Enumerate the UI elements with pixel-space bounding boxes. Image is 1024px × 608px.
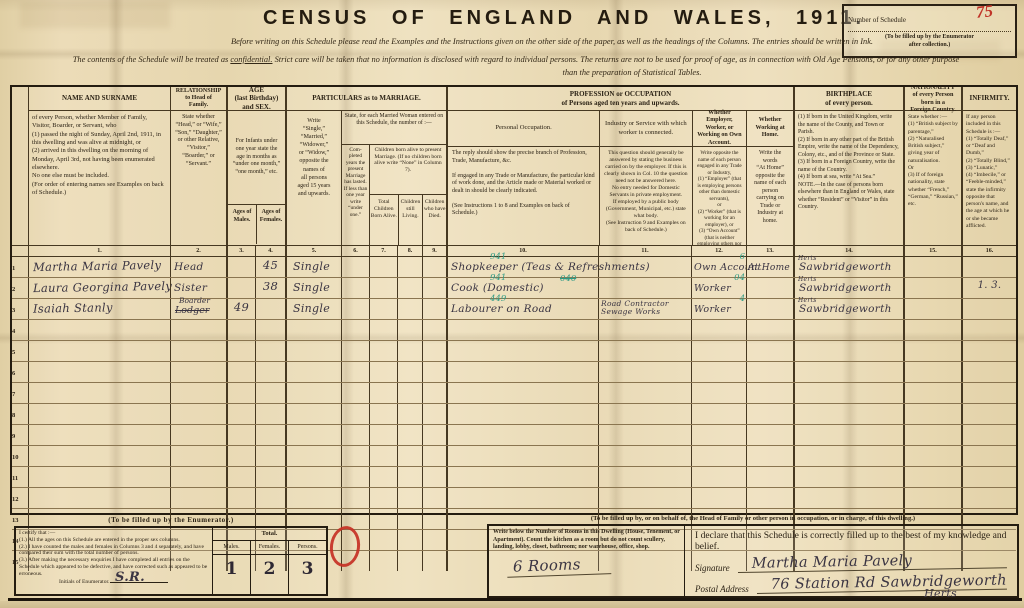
enumerator-section: (To be filled up by the Enumerator.) I c… — [14, 516, 328, 596]
cell-name — [28, 404, 170, 424]
table-row: 1Martha Maria PavelyHead45SingleShopkeep… — [12, 257, 1016, 278]
cell-nationality — [903, 257, 961, 277]
cell-relationship — [170, 383, 226, 403]
col-personal-desc: The reply should show the precise branch… — [448, 147, 599, 221]
cell-marriage — [285, 446, 341, 466]
cell-children-total — [369, 299, 397, 319]
col-children-died: Children who have Died. — [422, 195, 446, 245]
cell-age-males — [226, 446, 255, 466]
cell-age-males — [226, 341, 255, 361]
cell-children-living — [397, 320, 422, 340]
cell-age-females — [255, 341, 285, 361]
cell-infirmity — [961, 320, 1016, 340]
table-row: 9 — [12, 425, 1016, 446]
cell-children-living — [397, 257, 422, 277]
cell-name: Isaiah Stanly — [28, 299, 170, 319]
column-number: 2. — [170, 246, 226, 256]
cell-at-home: At Home — [746, 257, 793, 277]
cell-children-died — [422, 446, 446, 466]
col-personal-title: Personal Occupation. — [448, 111, 599, 147]
cell-at-home — [746, 404, 793, 424]
cell-occupation — [446, 320, 598, 340]
cell-employment: Worker04 — [691, 278, 746, 298]
initials-line: Initials of Enumerator. S.R. — [19, 579, 209, 586]
column-number: 6. — [341, 246, 369, 256]
cell-infirmity — [961, 446, 1016, 466]
cell-marriage — [285, 320, 341, 340]
cell-employment: Worker4 — [691, 299, 746, 319]
cell-children-died — [422, 404, 446, 424]
cell-occupation — [446, 383, 598, 403]
cell-marriage — [285, 488, 341, 508]
totals-females-value: 2 — [251, 555, 288, 594]
col-infirmity-title: INFIRMITY. — [963, 87, 1016, 111]
col-marriage-years: Com- pleted years the present Marriage h… — [342, 145, 369, 245]
column-number: 8. — [397, 246, 422, 256]
cell-name — [28, 446, 170, 466]
cell-infirmity — [961, 362, 1016, 382]
column-number: 10. — [446, 246, 598, 256]
householder-heading: (To be filled up by, or on behalf of, th… — [487, 515, 1019, 522]
cell-nationality — [903, 320, 961, 340]
totals-persons-value: 3 — [289, 555, 326, 594]
cell-children-died — [422, 383, 446, 403]
cell-industry — [598, 404, 691, 424]
cell-at-home — [746, 320, 793, 340]
col-industry-title: Industry or Service with which worker is… — [600, 111, 691, 147]
schedule-number-box: Number of Schedule75 (To be filled up by… — [842, 4, 1017, 58]
signature-value: Martha Maria Pavely — [737, 551, 1007, 573]
census-schedule-sheet: CENSUS OF ENGLAND AND WALES, 1911. Numbe… — [0, 0, 1024, 608]
cell-infirmity — [961, 404, 1016, 424]
cell-children-died — [422, 530, 446, 550]
signature-row: Signature Martha Maria Pavely — [695, 556, 1007, 573]
address-label: Postal Address — [695, 584, 757, 594]
cell-age-females — [255, 299, 285, 319]
table-row: 6 — [12, 362, 1016, 383]
col-nationality-desc: State whether :— (1) “British subject by… — [905, 111, 961, 211]
col-header-marriage: PARTICULARS as to MARRIAGE. Write “Singl… — [285, 87, 446, 245]
rooms-note: Write below the Number of Rooms in this … — [493, 529, 680, 552]
certify-block: I certify that :— (1.) All the ages on t… — [16, 528, 212, 594]
cell-children-total — [369, 278, 397, 298]
enumerator-box: I certify that :— (1.) All the ages on t… — [14, 526, 328, 596]
cell-nationality — [903, 446, 961, 466]
cell-children-living — [397, 383, 422, 403]
cell-children-died — [422, 488, 446, 508]
row-number: 1 — [12, 257, 28, 277]
cell-birthplace: HertsSawbridgeworth — [793, 257, 903, 277]
cell-industry — [598, 488, 691, 508]
cell-employment — [691, 383, 746, 403]
cell-birthplace: HertsSawbridgeworth — [793, 299, 903, 319]
cell-children-died — [422, 425, 446, 445]
cell-children-total — [369, 467, 397, 487]
col-industry: Industry or Service with which worker is… — [599, 111, 691, 245]
cell-age-females — [255, 383, 285, 403]
initials-label: Initials of Enumerator. — [59, 579, 110, 585]
totals-heading: Total. — [213, 528, 326, 541]
declaration-text: I declare that this Schedule is correctl… — [695, 530, 1007, 552]
cell-name — [28, 341, 170, 361]
col-employer: Whether Employer, Worker, or Working on … — [692, 111, 747, 245]
col-children-living: Children still Living. — [398, 195, 423, 245]
cell-nationality — [903, 278, 961, 298]
cell-children-living — [397, 362, 422, 382]
cell-age-females: 38 — [255, 278, 285, 298]
cell-age-males — [226, 278, 255, 298]
cell-name — [28, 467, 170, 487]
cell-marriage: Single — [285, 278, 341, 298]
cell-nationality — [903, 362, 961, 382]
cell-occupation — [446, 488, 598, 508]
cell-children-total — [369, 488, 397, 508]
cell-age-males — [226, 362, 255, 382]
cell-employment — [691, 425, 746, 445]
column-number: 7. — [369, 246, 397, 256]
cell-relationship — [170, 488, 226, 508]
col-birthplace-desc: (1) If born in the United Kingdom, write… — [795, 111, 903, 215]
cell-children-living — [397, 509, 422, 529]
cell-name — [28, 425, 170, 445]
totals-females-label: Females. — [251, 541, 288, 555]
cell-name — [28, 488, 170, 508]
cell-children-total — [369, 383, 397, 403]
intro-line-1: Before writing on this Schedule please r… — [40, 37, 1024, 46]
cell-birthplace: HertsSawbridgeworth — [793, 278, 903, 298]
schedule-number-value: 75 — [975, 1, 994, 23]
cell-marriage-years — [341, 425, 369, 445]
cell-at-home — [746, 488, 793, 508]
cell-children-total — [369, 509, 397, 529]
cell-occupation — [446, 404, 598, 424]
table-row: 11 — [12, 467, 1016, 488]
householder-section: (To be filled up by, or on behalf of, th… — [487, 515, 1019, 598]
col-employer-title: Whether Employer, Worker, or Working on … — [693, 111, 747, 147]
cell-relationship — [170, 341, 226, 361]
col-marriage-right: State, for each Married Woman entered on… — [341, 111, 446, 245]
col-marriage-title: PARTICULARS as to MARRIAGE. — [287, 87, 446, 111]
table-row: 10 — [12, 446, 1016, 467]
cell-children-died — [422, 299, 446, 319]
cell-children-living — [397, 425, 422, 445]
cell-marriage-years — [341, 446, 369, 466]
intro-confidential: confidential. — [230, 55, 272, 64]
cell-industry — [598, 278, 691, 298]
cell-children-total — [369, 404, 397, 424]
cell-employment — [691, 404, 746, 424]
table-row: 3Isaiah StanlyBoarderLodger49SingleLabou… — [12, 299, 1016, 320]
cell-age-females: 45 — [255, 257, 285, 277]
col-occupation-body: Personal Occupation. The reply should sh… — [448, 111, 793, 245]
cell-infirmity — [961, 488, 1016, 508]
col-at-home-title: Whether Working at Home. — [747, 111, 793, 147]
cell-birthplace — [793, 488, 903, 508]
cell-infirmity: 1. 3. — [961, 278, 1016, 298]
col-age-males-label: Ages of Males. — [228, 205, 256, 244]
cell-employment — [691, 446, 746, 466]
cell-occupation: Cook (Domestic)941040 — [446, 278, 598, 298]
cell-age-males — [226, 383, 255, 403]
cell-children-living — [397, 278, 422, 298]
cell-birthplace — [793, 341, 903, 361]
cell-at-home — [746, 278, 793, 298]
cell-marriage-years — [341, 362, 369, 382]
column-number: 15. — [903, 246, 961, 256]
column-number: 9. — [422, 246, 446, 256]
cell-age-males — [226, 257, 255, 277]
cell-industry — [598, 425, 691, 445]
cell-employment — [691, 467, 746, 487]
column-number: 4. — [255, 246, 285, 256]
cell-children-living — [397, 488, 422, 508]
col-header-name: NAME AND SURNAME of every Person, whethe… — [28, 87, 170, 245]
cell-children-total — [369, 551, 397, 571]
cell-occupation — [446, 467, 598, 487]
rooms-value: 6 Rooms — [507, 554, 611, 578]
row-number: 12 — [12, 488, 28, 508]
cell-children-total — [369, 530, 397, 550]
cell-name — [28, 383, 170, 403]
cell-nationality — [903, 467, 961, 487]
col-relationship-title: RELATIONSHIP to Head of Family. — [171, 87, 226, 111]
col-header-nationality: NATIONALITY of every Person born in a Fo… — [903, 87, 961, 245]
cell-children-died — [422, 509, 446, 529]
cell-birthplace — [793, 425, 903, 445]
col-industry-desc: This question should generally be answer… — [600, 147, 691, 237]
cell-industry — [598, 362, 691, 382]
cell-employment — [691, 320, 746, 340]
cell-children-total — [369, 257, 397, 277]
totals-persons-label: Persons. — [289, 541, 326, 555]
cell-marriage — [285, 404, 341, 424]
cell-relationship — [170, 467, 226, 487]
cell-infirmity — [961, 383, 1016, 403]
cell-marriage-years — [341, 467, 369, 487]
table-row: 12 — [12, 488, 1016, 509]
cell-birthplace — [793, 320, 903, 340]
cell-age-males: 49 — [226, 299, 255, 319]
col-header-relationship: RELATIONSHIP to Head of Family. State wh… — [170, 87, 226, 245]
cell-marriage — [285, 341, 341, 361]
cell-relationship: Sister — [170, 278, 226, 298]
cell-at-home — [746, 446, 793, 466]
cell-birthplace — [793, 446, 903, 466]
cell-marriage — [285, 467, 341, 487]
column-number: 3. — [226, 246, 255, 256]
cell-at-home — [746, 425, 793, 445]
cell-marriage-years — [341, 257, 369, 277]
cell-employment — [691, 341, 746, 361]
cell-children-died — [422, 551, 446, 571]
cell-industry — [598, 383, 691, 403]
row-number: 11 — [12, 467, 28, 487]
row-number: 4 — [12, 320, 28, 340]
cell-occupation — [446, 425, 598, 445]
intro-line-2-post: Strict care will be taken that no inform… — [272, 55, 959, 64]
cell-children-total — [369, 446, 397, 466]
intro-line-3: than the preparation of Statistical Tabl… — [120, 68, 1024, 77]
intro-line-2-pre: The contents of the Schedule will be tre… — [73, 55, 231, 64]
cell-marriage-years — [341, 383, 369, 403]
col-header-age: AGE (last Birthday) and SEX. For Infants… — [226, 87, 285, 245]
cell-children-died — [422, 467, 446, 487]
column-number: 16. — [961, 246, 1016, 256]
cell-children-total — [369, 320, 397, 340]
cell-nationality — [903, 383, 961, 403]
cell-relationship — [170, 425, 226, 445]
col-marriage-body: Write “Single,” “Married,” “Widower,” or… — [287, 111, 446, 245]
cell-age-males — [226, 467, 255, 487]
cell-age-females — [255, 446, 285, 466]
col-nationality-title: NATIONALITY of every Person born in a Fo… — [905, 87, 961, 111]
cell-marriage: Single — [285, 257, 341, 277]
totals-persons: Persons. 3 — [288, 541, 326, 594]
totals-columns: Males. 1 Females. 2 Persons. 3 — [213, 541, 326, 594]
cell-age-females — [255, 362, 285, 382]
col-age-females-label: Ages of Females. — [256, 205, 285, 244]
col-age-title: AGE (last Birthday) and SEX. — [228, 87, 285, 111]
cell-infirmity — [961, 467, 1016, 487]
cell-age-males — [226, 320, 255, 340]
intro-line-2: The contents of the Schedule will be tre… — [12, 55, 1020, 64]
signature-label: Signature — [695, 563, 738, 573]
cell-occupation: Labourer on Road449 — [446, 299, 598, 319]
cell-name — [28, 362, 170, 382]
cell-children-total — [369, 362, 397, 382]
totals-males-value: 1 — [213, 555, 250, 594]
col-employer-desc: Write opposite the name of each person e… — [693, 147, 747, 245]
enumerator-initials-value: S.R. — [115, 570, 145, 586]
address-row: Postal Address 76 Station Rd Sawbridgewo… — [695, 577, 1007, 594]
row-number: 6 — [12, 362, 28, 382]
cell-children-died — [422, 341, 446, 361]
col-children-total: Total Children Born Alive. — [370, 195, 398, 245]
cell-marriage-years — [341, 404, 369, 424]
totals-block: Total. Males. 1 Females. 2 Persons. 3 — [212, 528, 326, 594]
cell-children-living — [397, 404, 422, 424]
col-children-cells: Total Children Born Alive. Children stil… — [370, 195, 446, 245]
col-infirmity-desc: If any person included in this Schedule … — [963, 111, 1016, 233]
cell-nationality — [903, 341, 961, 361]
cell-birthplace — [793, 362, 903, 382]
cell-children-living — [397, 551, 422, 571]
cell-industry — [598, 446, 691, 466]
cell-at-home — [746, 299, 793, 319]
table-row: 7 — [12, 383, 1016, 404]
col-marriage-note: State, for each Married Woman entered on… — [342, 111, 446, 145]
cell-at-home — [746, 341, 793, 361]
cell-age-males — [226, 404, 255, 424]
cell-at-home — [746, 362, 793, 382]
schedule-number-line: Number of Schedule75 — [848, 9, 1011, 32]
cell-age-males — [226, 488, 255, 508]
paper-edge — [0, 601, 1024, 608]
row-number: 5 — [12, 341, 28, 361]
cell-employment — [691, 362, 746, 382]
enumerator-heading: (To be filled up by the Enumerator.) — [14, 516, 328, 524]
col-children-note: Children born alive to present Marriage.… — [370, 145, 446, 195]
cell-birthplace — [793, 467, 903, 487]
cell-nationality — [903, 488, 961, 508]
address-value: 76 Station Rd Sawbridgeworth — [756, 573, 1006, 594]
cell-relationship: Head — [170, 257, 226, 277]
col-header-infirmity: INFIRMITY. If any person included in thi… — [961, 87, 1016, 245]
row-number: 8 — [12, 404, 28, 424]
col-marriage-sub: Com- pleted years the present Marriage h… — [342, 145, 446, 245]
cell-infirmity — [961, 299, 1016, 319]
row-number: 7 — [12, 383, 28, 403]
cell-industry — [598, 467, 691, 487]
cell-marriage-years — [341, 341, 369, 361]
rooms-block: Write below the Number of Rooms in this … — [489, 526, 685, 596]
table-row: 4 — [12, 320, 1016, 341]
cell-at-home — [746, 383, 793, 403]
householder-box: Write below the Number of Rooms in this … — [487, 524, 1019, 598]
cell-marriage-years — [341, 488, 369, 508]
cell-children-died — [422, 257, 446, 277]
cell-children-living — [397, 446, 422, 466]
column-number-strip: 1.2.3.4.5.6.7.8.9.10.11.12.13.14.15.16. — [12, 245, 1016, 257]
cell-occupation — [446, 446, 598, 466]
cell-relationship — [170, 446, 226, 466]
cell-marriage — [285, 425, 341, 445]
cell-children-living — [397, 341, 422, 361]
col-at-home: Whether Working at Home. Write the words… — [746, 111, 793, 245]
cell-birthplace — [793, 383, 903, 403]
cell-marriage: Single — [285, 299, 341, 319]
col-age-desc: For Infants under one year state the age… — [228, 111, 285, 204]
cell-relationship — [170, 404, 226, 424]
totals-males: Males. 1 — [213, 541, 250, 594]
cell-relationship: BoarderLodger — [170, 299, 226, 319]
cell-children-died — [422, 278, 446, 298]
cell-industry: Road Contractor Sewage Works — [598, 299, 691, 319]
col-at-home-desc: Write the words “At Home” opposite the n… — [747, 147, 793, 228]
column-number: 13. — [746, 246, 793, 256]
row-number: 2 — [12, 278, 28, 298]
table-row: 8 — [12, 404, 1016, 425]
col-marriage-children: Children born alive to present Marriage.… — [369, 145, 446, 245]
cell-occupation — [446, 362, 598, 382]
col-header-occupation: PROFESSION or OCCUPATION of Persons aged… — [446, 87, 793, 245]
cell-name: Martha Maria Pavely — [28, 257, 170, 277]
column-number: 5. — [285, 246, 341, 256]
cell-employment — [691, 488, 746, 508]
cell-age-females — [255, 425, 285, 445]
col-birthplace-title: BIRTHPLACE of every person. — [795, 87, 903, 111]
table-row: 5 — [12, 341, 1016, 362]
cell-birthplace — [793, 404, 903, 424]
row-number-header — [12, 87, 28, 245]
col-occupation-title: PROFESSION or OCCUPATION of Persons aged… — [448, 87, 793, 111]
cell-infirmity — [961, 341, 1016, 361]
certify-text: I certify that :— (1.) All the ages on t… — [19, 530, 209, 578]
cell-marriage-years — [341, 278, 369, 298]
column-number: 11. — [598, 246, 691, 256]
column-number: 12. — [691, 246, 746, 256]
column-number-blank — [12, 246, 28, 256]
table-body: 1Martha Maria PavelyHead45SingleShopkeep… — [12, 257, 1016, 511]
totals-males-label: Males. — [213, 541, 250, 555]
cell-children-died — [422, 320, 446, 340]
cell-at-home — [746, 467, 793, 487]
cell-children-living — [397, 467, 422, 487]
cell-occupation — [446, 341, 598, 361]
cell-name: Laura Georgina Pavely — [28, 278, 170, 298]
declaration-block: I declare that this Schedule is correctl… — [685, 526, 1017, 596]
cell-children-total — [369, 425, 397, 445]
